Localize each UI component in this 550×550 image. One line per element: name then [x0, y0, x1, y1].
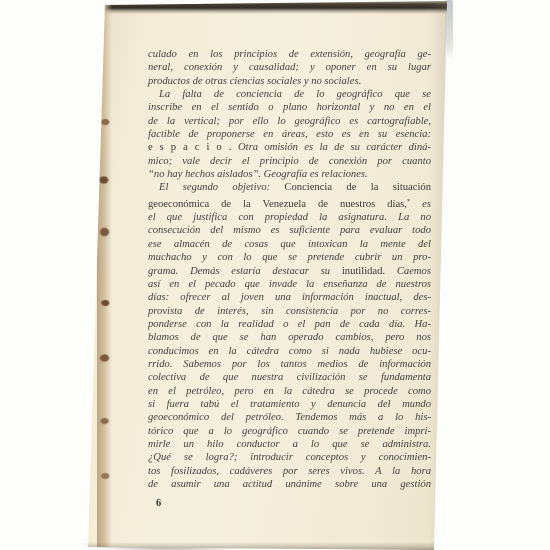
text-segment: inscribe en el sentido o plano horizonta…: [148, 102, 431, 113]
book-top-edge: [84, 0, 450, 14]
book-fore-edge: [446, 0, 453, 60]
page-binding-edge: [97, 4, 112, 549]
text-line: provista de interés, sin consistencia po…: [148, 305, 431, 318]
text-segment: ponderse con la realidad o el pan de cad…: [148, 319, 431, 330]
text-segment: “no hay hechos aislados”. Geografía es r…: [148, 169, 368, 180]
page-number: 6: [156, 498, 162, 509]
text-segment: Conciencia de la situación: [284, 182, 431, 193]
text-line: días: ofrecer al joven una información i…: [148, 291, 431, 304]
scanned-book-photo: culado en los principios de extensión, g…: [0, 0, 550, 550]
text-line: ¿Qué se logra?; introducir conceptos y c…: [148, 451, 431, 464]
text-segment: de asumir una actitud unánime sobre una …: [148, 479, 431, 490]
text-line: si fuera tabú el tratamiento y denuncia …: [148, 398, 431, 411]
text-segment: muchacho y con lo que se pretende cubrir…: [148, 252, 431, 263]
text-segment: tos fosilizados, cadáveres por seres viv…: [148, 466, 431, 477]
text-line: el que justifica con propiedad la asigna…: [148, 211, 431, 224]
text-line: ponderse con la realidad o el pan de cad…: [148, 318, 431, 331]
text-segment: rrido. Sabemos por los tantos medios de …: [148, 359, 431, 370]
text-segment: así en el pecado que invade la enseñanza…: [148, 279, 431, 290]
text-line: neral, conexión y causalidad; y oponer e…: [148, 61, 431, 74]
text-line: mico; vale decir el principio de conexió…: [148, 155, 431, 168]
text-line: tórico que a lo geográfico cuando se pre…: [148, 425, 431, 438]
text-line: colectiva de que nuestra civilización se…: [148, 371, 431, 384]
text-line: ese almacén de cosas que intoxican la me…: [148, 238, 431, 251]
text-segment: consecución del mismo es suficiente para…: [148, 225, 431, 236]
text-line: e s p a c i o . Otra omisión es la de su…: [148, 141, 431, 154]
text-line: productos de otras ciencias sociales y n…: [148, 75, 431, 88]
text-segment: geoeconómica de la Venezuela de nuestros…: [148, 199, 407, 210]
text-segment: mico; vale decir el principio de conexió…: [148, 156, 431, 167]
text-segment: productos de otras ciencias sociales y n…: [148, 76, 361, 87]
text-line: inscribe en el sentido o plano horizonta…: [148, 101, 431, 114]
text-segment: factible de proponerse en áreas, esto es…: [148, 129, 431, 140]
text-line: factible de proponerse en áreas, esto es…: [148, 128, 431, 141]
text-line: rrido. Sabemos por los tantos medios de …: [148, 358, 431, 371]
text-line: “no hay hechos aislados”. Geografía es r…: [148, 168, 431, 181]
text-segment: tórico que a lo geográfico cuando se pre…: [148, 426, 431, 437]
text-line: blamos de que se han operado cambios, pe…: [148, 331, 431, 344]
page-body-text: culado en los principios de extensión, g…: [148, 48, 431, 491]
text-line: así en el pecado que invade la enseñanza…: [148, 278, 431, 291]
text-line: de la vertical; por ello lo geográfico e…: [148, 115, 431, 128]
text-segment: ¿Qué se logra?; introducir conceptos y c…: [148, 452, 431, 463]
text-segment: Otra omisión es la de su carácter diná-: [232, 142, 431, 153]
text-segment: e s p a c i o .: [148, 142, 232, 153]
text-segment: conducimos en la cátedra como si nada hu…: [148, 346, 431, 357]
text-segment: si fuera tabú el tratamiento y denuncia …: [148, 399, 431, 410]
text-line: de asumir una actitud unánime sobre una …: [148, 478, 431, 491]
text-segment: provista de interés, sin consistencia po…: [148, 306, 431, 317]
text-line: conducimos en la cátedra como si nada hu…: [148, 345, 431, 358]
text-segment: mirle un hilo conductor a lo que se admi…: [148, 439, 431, 450]
text-line: muchacho y con lo que se pretende cubrir…: [148, 251, 431, 264]
text-line: La falta de conciencia de lo geográfico …: [148, 88, 431, 101]
text-segment: días: ofrecer al joven una información i…: [148, 292, 431, 303]
text-line: en el petróleo, pero en la cátedra se pr…: [148, 385, 431, 398]
text-segment: ese almacén de cosas que intoxican la me…: [148, 239, 431, 250]
text-line: tos fosilizados, cadáveres por seres viv…: [148, 465, 431, 478]
text-segment: de la vertical; por ello lo geográfico e…: [148, 116, 431, 127]
text-line: culado en los principios de extensión, g…: [148, 48, 431, 61]
text-segment: culado en los principios de extensión, g…: [148, 49, 431, 60]
text-segment: El segundo objetivo:: [159, 182, 284, 193]
text-line: geoeconómica de la Venezuela de nuestros…: [148, 195, 431, 211]
text-line: El segundo objetivo: Conciencia de la si…: [148, 181, 431, 194]
text-segment: el que justifica con propiedad la asigna…: [148, 212, 431, 223]
text-segment: colectiva de que nuestra civilización se…: [148, 372, 431, 383]
text-segment: Caemos: [385, 266, 431, 277]
text-segment: La falta de conciencia de lo geográfico …: [159, 89, 431, 100]
text-line: mirle un hilo conductor a lo que se admi…: [148, 438, 431, 451]
text-line: grama. Demás estaría destacar su inutili…: [148, 265, 431, 278]
text-segment: neral, conexión y causalidad; y oponer e…: [148, 62, 431, 73]
text-line: geoeconómico del petróleo. Tendemos más …: [148, 411, 431, 424]
text-segment: en el petróleo, pero en la cátedra se pr…: [148, 386, 431, 397]
text-segment: es: [410, 199, 431, 210]
text-segment: blamos de que se han operado cambios, pe…: [148, 332, 431, 343]
text-line: consecución del mismo es suficiente para…: [148, 224, 431, 237]
book-page: culado en los principios de extensión, g…: [84, 0, 450, 550]
page-right-shade: [428, 0, 450, 550]
text-segment: geoeconómico del petróleo. Tendemos más …: [148, 412, 431, 423]
text-segment: inutilidad.: [342, 266, 385, 277]
text-segment: grama. Demás estaría destacar su: [148, 266, 342, 277]
